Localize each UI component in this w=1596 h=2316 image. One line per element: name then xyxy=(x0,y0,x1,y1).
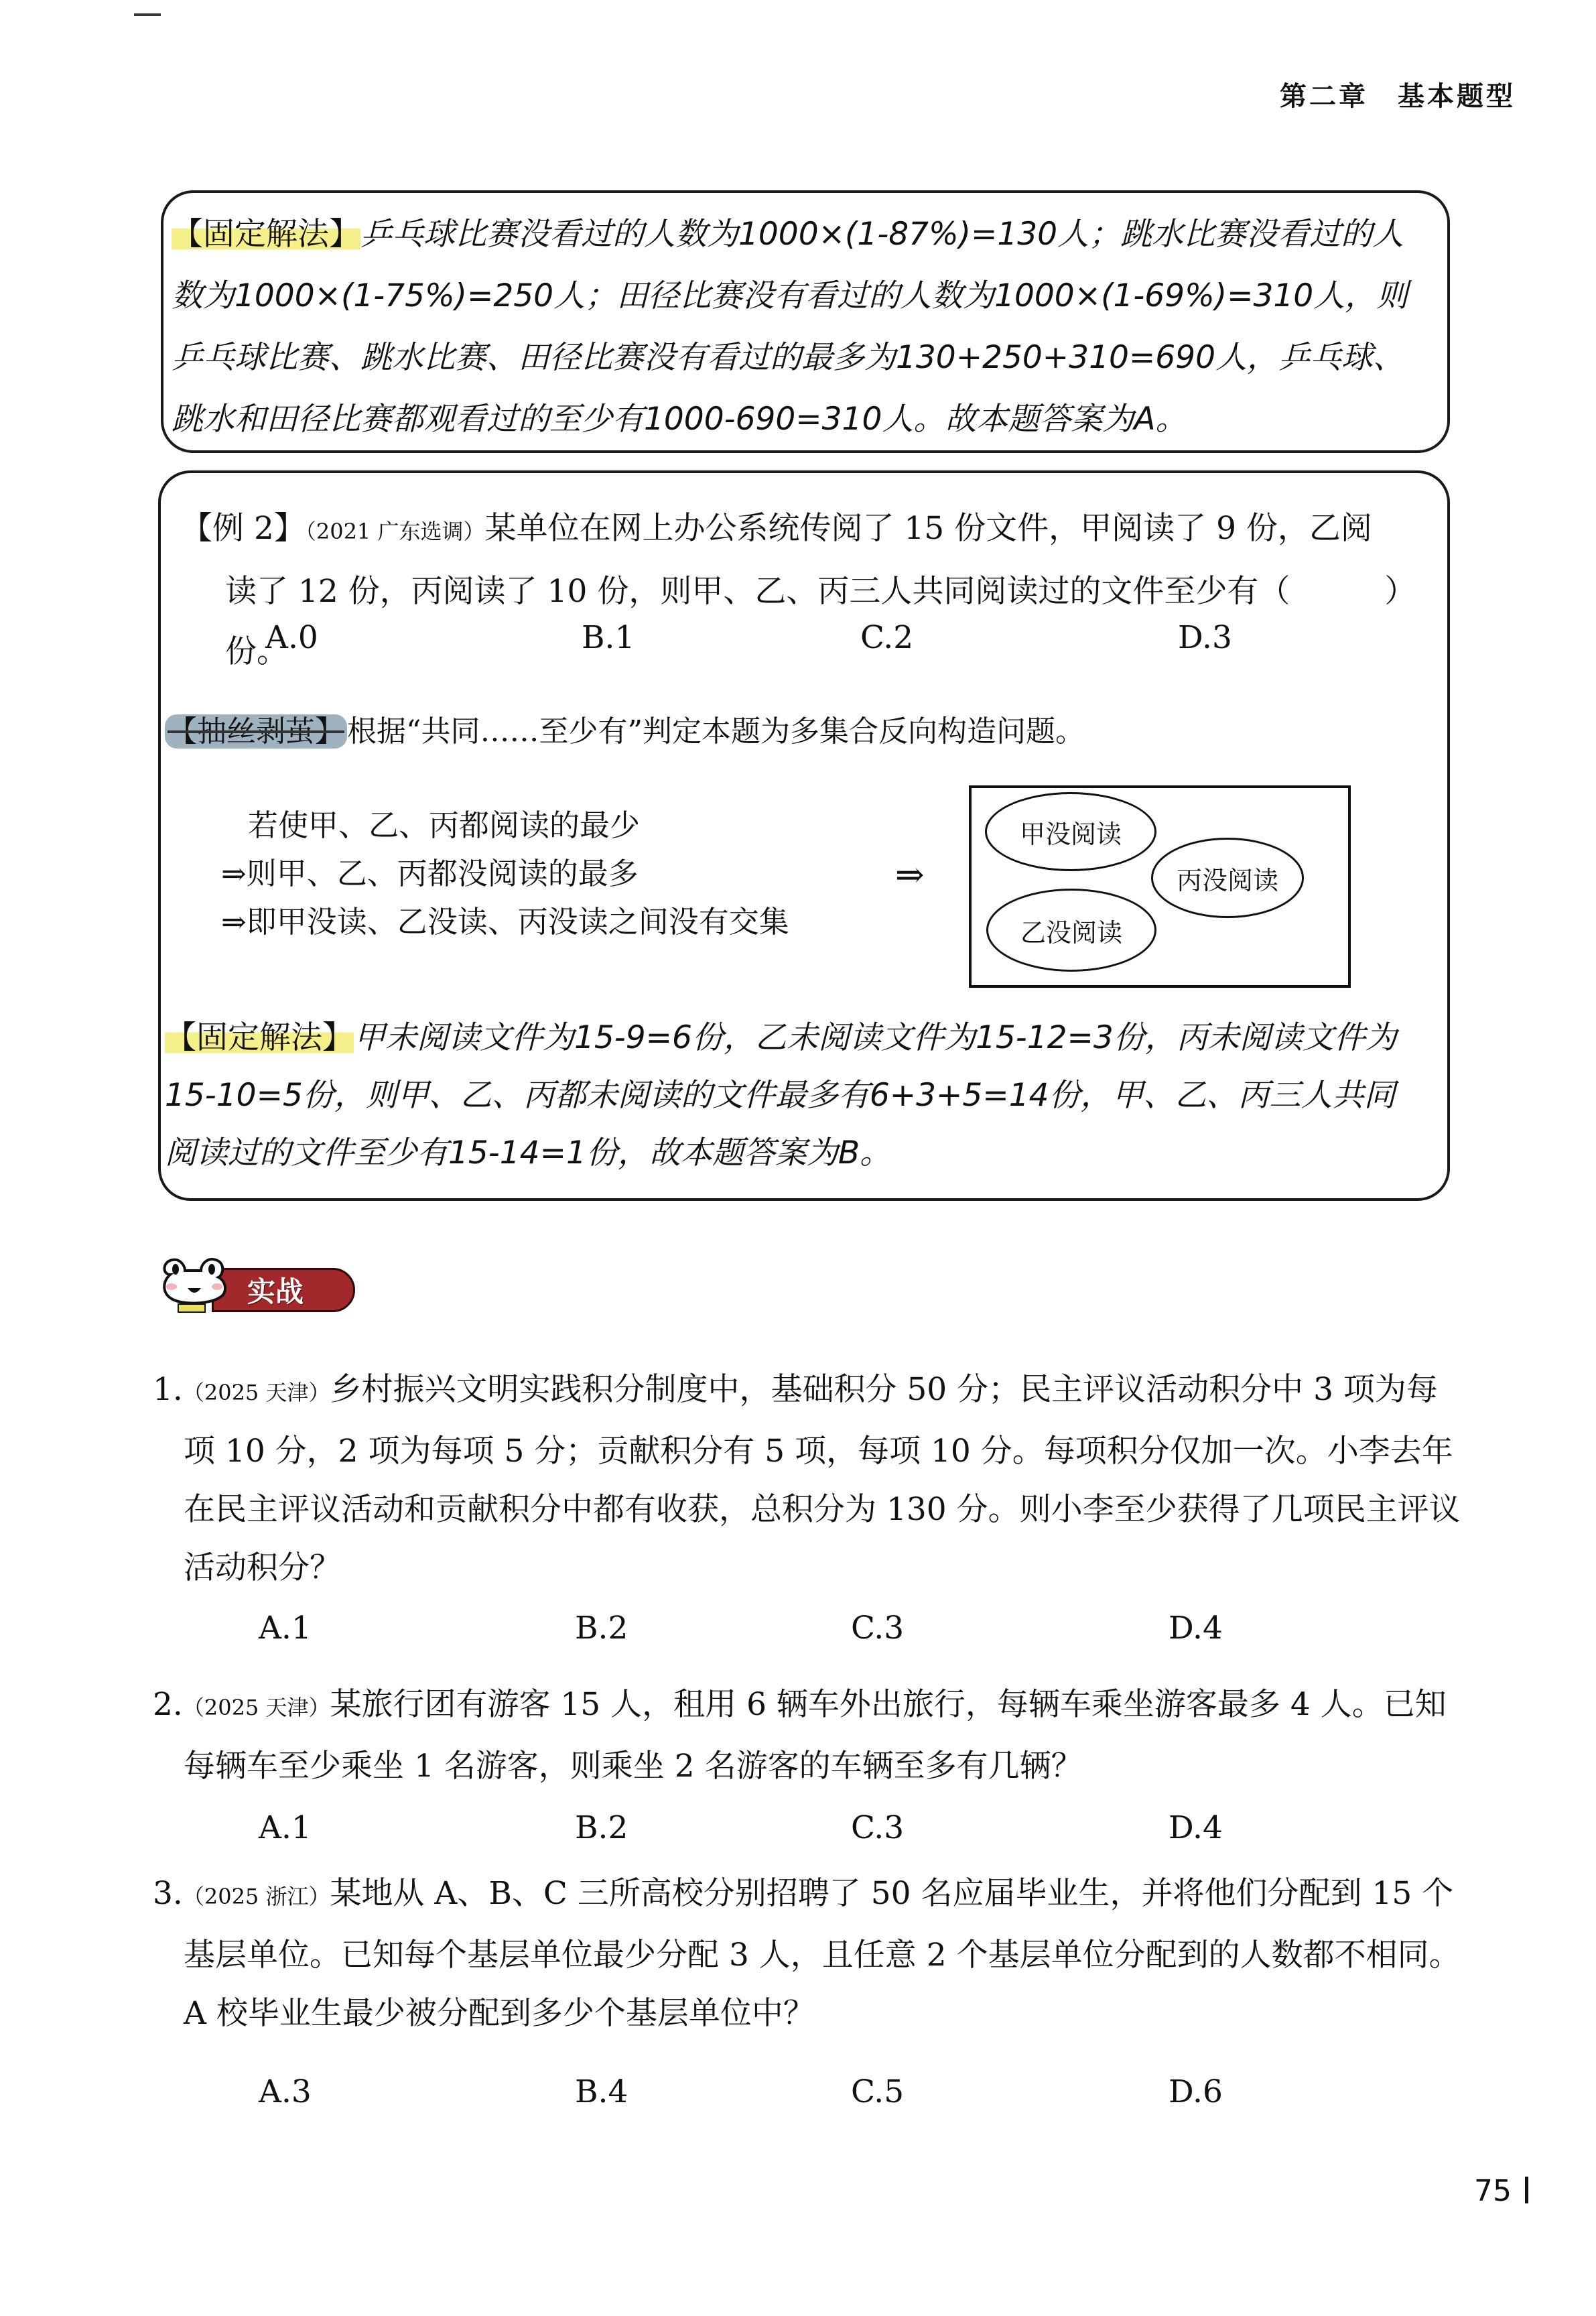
option-d: D.4 xyxy=(1169,1809,1223,1846)
question-number: 1. xyxy=(153,1371,183,1408)
question-source: （2025 天津） xyxy=(183,1695,330,1720)
practice-question-1: 1.（2025 天津）乡村振兴文明实践积分制度中，基础积分 50 分；民主评议活… xyxy=(153,1360,1462,1597)
page-marker-bar xyxy=(1525,2177,1528,2203)
reasoning-steps: 若使甲、乙、丙都阅读的最少 ⇒则甲、乙、丙都没阅读的最多 ⇒即甲没读、乙没读、丙… xyxy=(221,801,891,946)
question-2-options: A.1 B.2 C.3 D.4 xyxy=(0,1809,1596,1850)
page-number: 75 xyxy=(1474,2174,1528,2208)
option-c: C.2 xyxy=(860,619,913,656)
question-1-options: A.1 B.2 C.3 D.4 xyxy=(0,1610,1596,1650)
question-source: （2025 浙江） xyxy=(183,1884,330,1909)
reasoning-step: ⇒即甲没读、乙没读、丙没读之间没有交集 xyxy=(221,898,891,946)
analysis-tag: 【抽丝剥茧】 xyxy=(165,714,347,749)
question-text-line1: 某地从 A、B、C 三所高校分别招聘了 50 名应届毕业生，并将他们分配到 15… xyxy=(330,1875,1453,1912)
example1-solution: 【固定解法】乒乓球比赛没看过的人数为1000×(1-87%)=130人；跳水比赛… xyxy=(172,204,1427,450)
practice-question-2: 2.（2025 天津）某旅行团有游客 15 人，租用 6 辆车外出旅行，每辆车乘… xyxy=(153,1675,1462,1795)
question-text-rest: 每辆车至少乘坐 1 名游客，则乘坐 2 名游客的车辆至多有几辆？ xyxy=(153,1737,1462,1795)
analysis: 【抽丝剥茧】根据“共同……至少有”判定本题为多集合反向构造问题。 xyxy=(165,701,1420,763)
reasoning-step: ⇒则甲、乙、丙都没阅读的最多 xyxy=(221,850,891,898)
practice-question-3: 3.（2025 浙江）某地从 A、B、C 三所高校分别招聘了 50 名应届毕业生… xyxy=(153,1864,1462,2043)
option-b: B.2 xyxy=(575,1809,628,1846)
option-b: B.1 xyxy=(582,619,635,656)
example2-options: A.0 B.1 C.2 D.3 xyxy=(161,619,1447,659)
option-c: C.3 xyxy=(851,1809,904,1846)
frog-mascot-icon xyxy=(158,1254,232,1316)
practice-badge-label: 实战 xyxy=(212,1268,355,1312)
set-bing-not-read: 丙没阅读 xyxy=(1151,838,1304,918)
option-c: C.5 xyxy=(851,2073,904,2110)
option-b: B.2 xyxy=(575,1610,628,1647)
question-text-rest: 项 10 分，2 项为每项 5 分；贡献积分有 5 项，每项 10 分。每项积分… xyxy=(153,1422,1462,1597)
option-c: C.3 xyxy=(851,1610,904,1647)
reasoning-step: 若使甲、乙、丙都阅读的最少 xyxy=(221,801,891,850)
question-3-options: A.3 B.4 C.5 D.6 xyxy=(0,2073,1596,2114)
set-yi-not-read: 乙没阅读 xyxy=(986,889,1156,972)
example2-box: 【例 2】（2021 广东选调）某单位在网上办公系统传阅了 15 份文件，甲阅读… xyxy=(158,470,1450,1201)
implies-arrow: ⇒ xyxy=(895,855,925,895)
question-text-rest: 基层单位。已知每个基层单位最少分配 3 人，且任意 2 个基层单位分配到的人数都… xyxy=(153,1926,1462,2043)
question-source: （2025 天津） xyxy=(183,1380,330,1405)
question-text-line1: 某旅行团有游客 15 人，租用 6 辆车外出旅行，每辆车乘坐游客最多 4 人。已… xyxy=(330,1686,1446,1723)
venn-diagram: 甲没阅读 丙没阅读 乙没阅读 xyxy=(969,785,1351,988)
option-a: A.1 xyxy=(259,1809,312,1846)
question-number: 2. xyxy=(153,1686,183,1723)
example2-solution: 【固定解法】甲未阅读文件为15-9=6份，乙未阅读文件为15-12=3份，丙未阅… xyxy=(165,1009,1420,1182)
example-label: 【例 2】 xyxy=(181,510,306,547)
fixed-method-tag: 【固定解法】 xyxy=(172,216,360,253)
set-jia-not-read: 甲没阅读 xyxy=(985,792,1156,871)
option-a: A.1 xyxy=(259,1610,312,1647)
question-text-line1: 某单位在网上办公系统传阅了 15 份文件，甲阅读了 9 份，乙阅 xyxy=(484,510,1372,547)
question-text-line1: 乡村振兴文明实践积分制度中，基础积分 50 分；民主评议活动积分中 3 项为每 xyxy=(330,1371,1437,1408)
option-b: B.4 xyxy=(575,2073,628,2110)
example1-solution-box: 【固定解法】乒乓球比赛没看过的人数为1000×(1-87%)=130人；跳水比赛… xyxy=(161,190,1450,453)
page-number-value: 75 xyxy=(1474,2174,1512,2208)
question-source: （2021 广东选调） xyxy=(306,519,485,544)
option-a: A.0 xyxy=(265,619,318,656)
analysis-text: 根据“共同……至少有”判定本题为多集合反向构造问题。 xyxy=(347,714,1085,749)
option-d: D.6 xyxy=(1169,2073,1223,2110)
option-d: D.3 xyxy=(1178,619,1232,656)
fixed-method-tag: 【固定解法】 xyxy=(165,1019,354,1056)
practice-badge: 实战 xyxy=(158,1250,359,1316)
option-a: A.3 xyxy=(259,2073,312,2110)
scan-mark xyxy=(134,13,161,16)
chapter-header: 第二章 基本题型 xyxy=(1280,75,1516,113)
option-d: D.4 xyxy=(1169,1610,1223,1647)
question-number: 3. xyxy=(153,1875,183,1912)
